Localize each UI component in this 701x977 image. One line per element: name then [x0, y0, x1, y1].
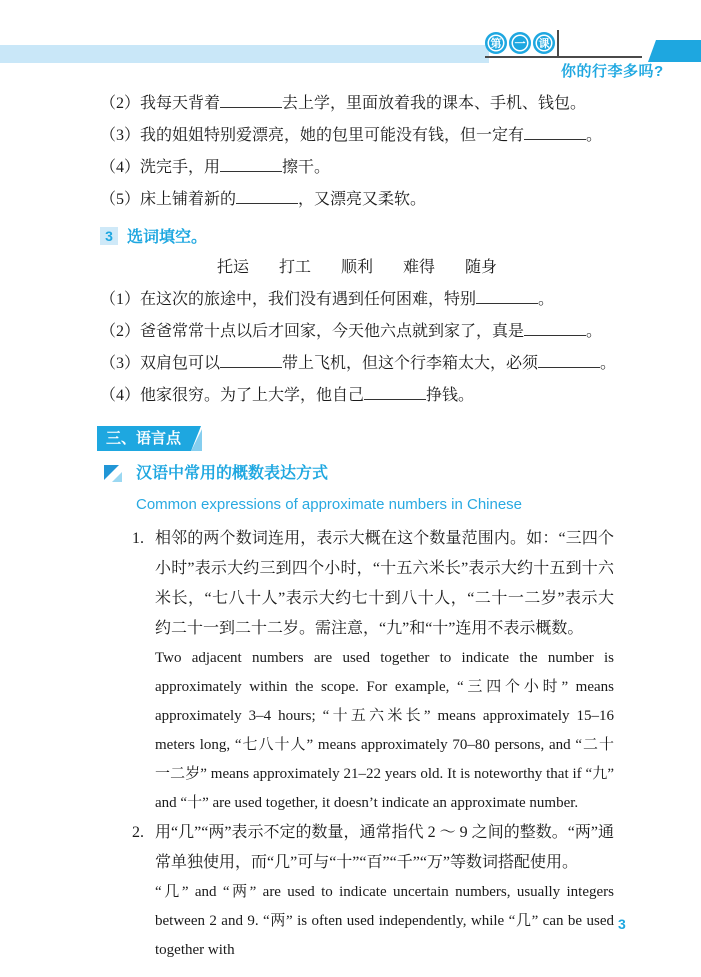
header-horizontal-divider: [485, 56, 642, 58]
item-number: （2）: [100, 95, 140, 112]
word-bank-word: 顺利: [341, 256, 373, 280]
header-parallelogram-decoration: [648, 40, 701, 62]
blank-line: [220, 354, 282, 368]
item-number: （3）: [100, 355, 140, 372]
item-text: 挣钱。: [426, 387, 474, 404]
header-light-bar: [0, 45, 489, 63]
exercise-item: （4）他家很穷。为了上大学，他自己挣钱。: [100, 380, 614, 412]
item-number: （4）: [100, 387, 140, 404]
point-text-en: Two adjacent numbers are used together t…: [155, 644, 614, 818]
exercise-item: （2）我每天背着去上学，里面放着我的课本、手机、钱包。: [100, 88, 614, 120]
language-points-banner: 三、语言点: [97, 426, 201, 451]
item-text: ，又漂亮又柔软。: [298, 191, 426, 208]
blank-line: [220, 158, 282, 172]
exercise-choose-list: （1）在这次的旅途中，我们没有遇到任何困难，特别。 （2）爸爸常常十点以后才回家…: [100, 284, 614, 412]
item-text: 爸爸常常十点以后才回家，今天他六点就到家了，真是: [140, 323, 524, 340]
triangle-marker-icon: [104, 465, 123, 482]
item-number: （4）: [100, 159, 140, 176]
language-point-item: 1. 相邻的两个数词连用，表示大概在这个数量范围内。如：“三四个小时”表示大约三…: [132, 524, 614, 818]
blank-line: [364, 386, 426, 400]
item-number: （5）: [100, 191, 140, 208]
blank-line: [220, 94, 282, 108]
point-text-zh: 用“几”“两”表示不定的数量，通常指代 2 ～ 9 之间的整数。“两”通常单独使…: [155, 818, 614, 878]
exercise-item: （5）床上铺着新的，又漂亮又柔软。: [100, 184, 614, 216]
item-text: 在这次的旅途中，我们没有遇到任何困难，特别: [140, 291, 476, 308]
exercise-number-badge: 3: [100, 227, 118, 245]
item-text: 。: [600, 355, 616, 372]
blank-line: [236, 190, 298, 204]
item-number: （3）: [100, 127, 140, 144]
exercise-item: （2）爸爸常常十点以后才回家，今天他六点就到家了，真是。: [100, 316, 614, 348]
lesson-badge: 第 一 课: [485, 32, 555, 54]
item-text: 洗完手，用: [140, 159, 220, 176]
language-point-item: 2. 用“几”“两”表示不定的数量，通常指代 2 ～ 9 之间的整数。“两”通常…: [132, 818, 614, 965]
item-text: 他家很穷。为了上大学，他自己: [140, 387, 364, 404]
word-bank-word: 托运: [217, 256, 249, 280]
point-number: 1.: [132, 524, 155, 818]
item-text: 去上学，里面放着我的课本、手机、钱包。: [282, 95, 586, 112]
point-body: 用“几”“两”表示不定的数量，通常指代 2 ～ 9 之间的整数。“两”通常单独使…: [155, 818, 614, 965]
lesson-badge-circle: 课: [533, 32, 555, 54]
exercise-title: 选词填空。: [127, 224, 207, 247]
item-text: 。: [538, 291, 554, 308]
item-text: 。: [586, 323, 602, 340]
exercise-item: （3）双肩包可以带上飞机，但这个行李箱太大，必须。: [100, 348, 614, 380]
item-text: 床上铺着新的: [140, 191, 236, 208]
page-content: （2）我每天背着去上学，里面放着我的课本、手机、钱包。 （3）我的姐姐特别爱漂亮…: [100, 88, 614, 965]
item-number: （1）: [100, 291, 140, 308]
lesson-title: 你的行李多吗?: [561, 60, 664, 81]
exercise-3-header: 3 选词填空。: [100, 224, 614, 247]
item-number: （2）: [100, 323, 140, 340]
blank-line: [476, 290, 538, 304]
language-point-heading-en: Common expressions of approximate number…: [136, 495, 614, 515]
language-point-list: 1. 相邻的两个数词连用，表示大概在这个数量范围内。如：“三四个小时”表示大约三…: [132, 524, 614, 965]
header-vertical-divider: [557, 30, 559, 56]
point-text-en: “几” and “两” are used to indicate uncerta…: [155, 878, 614, 965]
point-body: 相邻的两个数词连用，表示大概在这个数量范围内。如：“三四个小时”表示大约三到四个…: [155, 524, 614, 818]
language-point-heading-row: 汉语中常用的概数表达方式: [104, 464, 614, 484]
word-bank: 托运 打工 顺利 难得 随身: [100, 256, 614, 280]
word-bank-word: 难得: [403, 256, 435, 280]
triangle-light-icon: [112, 472, 122, 482]
exercise-item: （3）我的姐姐特别爱漂亮，她的包里可能没有钱，但一定有。: [100, 120, 614, 152]
lesson-badge-circle: 一: [509, 32, 531, 54]
word-bank-word: 随身: [465, 256, 497, 280]
word-bank-word: 打工: [279, 256, 311, 280]
exercise-fill-list: （2）我每天背着去上学，里面放着我的课本、手机、钱包。 （3）我的姐姐特别爱漂亮…: [100, 88, 614, 216]
language-point-heading-zh: 汉语中常用的概数表达方式: [136, 464, 328, 484]
item-text: 带上飞机，但这个行李箱太大，必须: [282, 355, 538, 372]
item-text: 。: [586, 127, 602, 144]
lesson-badge-circle: 第: [485, 32, 507, 54]
item-text: 我的姐姐特别爱漂亮，她的包里可能没有钱，但一定有: [140, 127, 524, 144]
textbook-page: 第 一 课 你的行李多吗? （2）我每天背着去上学，里面放着我的课本、手机、钱包…: [0, 0, 701, 977]
blank-line: [538, 354, 600, 368]
exercise-item: （1）在这次的旅途中，我们没有遇到任何困难，特别。: [100, 284, 614, 316]
section-title: 三、语言点: [97, 426, 201, 451]
page-number: 3: [618, 916, 626, 932]
point-number: 2.: [132, 818, 155, 965]
blank-line: [524, 322, 586, 336]
exercise-item: （4）洗完手，用擦干。: [100, 152, 614, 184]
point-text-zh: 相邻的两个数词连用，表示大概在这个数量范围内。如：“三四个小时”表示大约三到四个…: [155, 524, 614, 644]
blank-line: [524, 126, 586, 140]
item-text: 我每天背着: [140, 95, 220, 112]
item-text: 双肩包可以: [140, 355, 220, 372]
item-text: 擦干。: [282, 159, 330, 176]
